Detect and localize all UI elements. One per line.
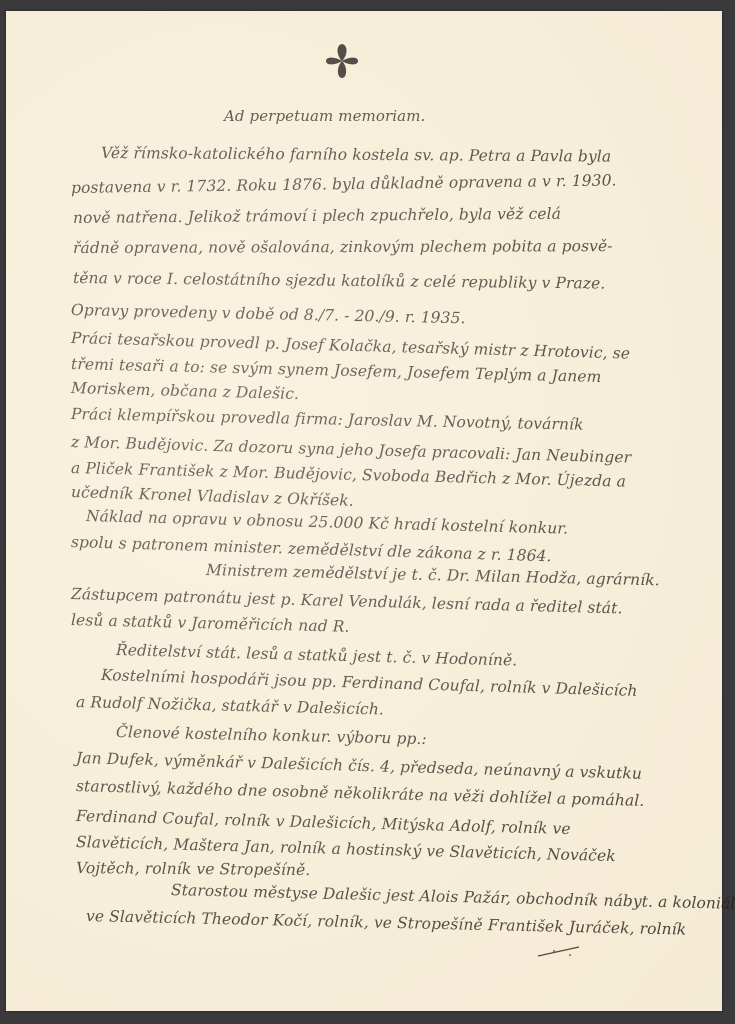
text-line: Starostou městyse Dalešic jest Alois Paž…	[171, 881, 735, 913]
text-line: spolu s patronem minister. zemědělství d…	[71, 533, 552, 565]
text-line: Ministrem zemědělství je t. č. Dr. Milan…	[206, 561, 660, 589]
text-line: Opravy provedeny v době od 8./7. - 20./9…	[71, 301, 466, 327]
text-line: Vojtěch, rolník ve Stropešíně.	[76, 859, 310, 879]
text-line: Práci klempířskou provedla firma: Jarosl…	[71, 405, 584, 434]
text-line: Věž římsko-katolického farního kostela s…	[101, 144, 611, 166]
document-page: Ad perpetuam memoriam. Věž římsko-katoli…	[6, 11, 722, 1011]
closing-flourish-icon	[536, 946, 581, 958]
cross-pattee-icon	[322, 41, 362, 81]
text-line: Členové kostelního konkur. výboru pp.:	[116, 723, 427, 748]
text-line: nově natřena. Jelikož trámoví i plech zp…	[73, 205, 561, 227]
text-line: a Rudolf Nožička, statkář v Dalešicích.	[76, 693, 384, 719]
text-line: lesů a statků v Jaroměřicích nad R.	[71, 611, 350, 636]
text-line: Náklad na opravu v obnosu 25.000 Kč hrad…	[86, 507, 569, 538]
text-line: Ferdinand Coufal, rolník v Dalešicích, M…	[76, 807, 571, 838]
text-line: ve Slavěticích Theodor Kočí, rolník, ve …	[86, 907, 687, 939]
text-line: těna v roce I. celostátního sjezdu katol…	[73, 269, 606, 293]
text-line: Ředitelství stát. lesů a statků jest t. …	[116, 641, 518, 670]
text-line: řádně opravena, nově ošalována, zinkovým…	[73, 237, 613, 257]
text-line: postavena v r. 1732. Roku 1876. byla důk…	[71, 171, 617, 197]
text-line: učedník Kronel Vladislav z Okříšek.	[71, 483, 354, 510]
text-line: Moriskem, občana z Dalešic.	[71, 379, 299, 403]
text-line: starostlivý, každého dne osobně několikr…	[76, 777, 645, 810]
text-line: Jan Dufek, výměnkář v Dalešicích čís. 4,…	[76, 749, 642, 783]
document-title: Ad perpetuam memoriam.	[224, 107, 425, 125]
